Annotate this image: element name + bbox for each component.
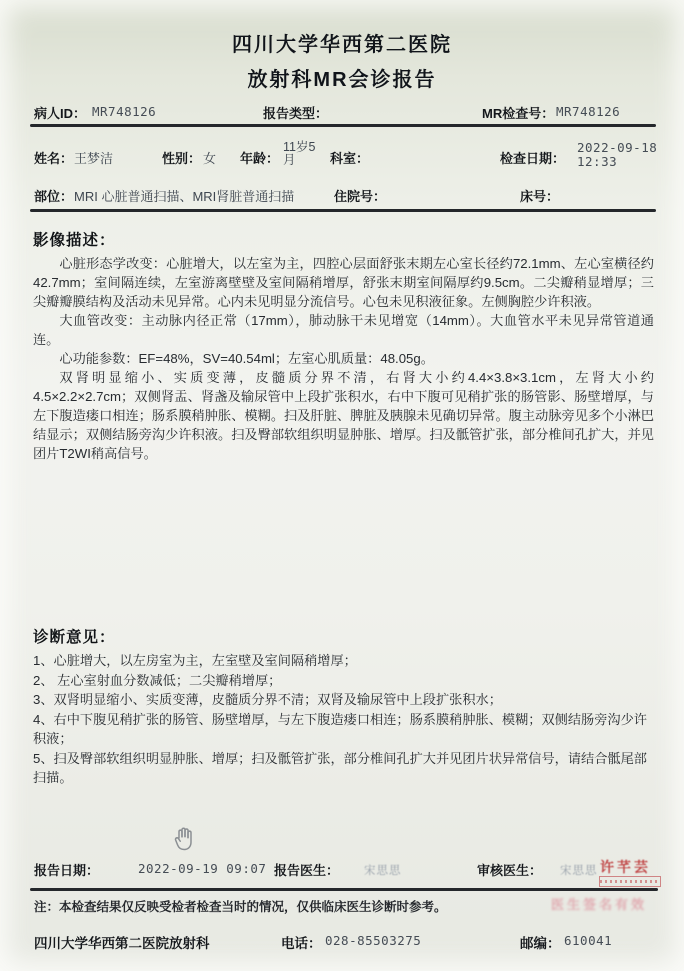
doctor-signature-stamp: 许芊芸 bbox=[600, 857, 651, 877]
report-date-label: 报告日期： bbox=[34, 860, 99, 879]
findings-paragraph: 大血管改变：主动脉内径正常（17mm），肺动脉干未见增宽（14mm）。大血管水平… bbox=[33, 311, 654, 349]
diagnosis-item: 4、右中下腹见稍扩张的肠管、肠壁增厚，与左下腹造瘘口相连；肠系膜稍肿胀、模糊；双… bbox=[33, 710, 656, 749]
findings-paragraph: 双肾明显缩小、实质变薄，皮髓质分界不清，右肾大小约4.4×3.8×3.1cm，左… bbox=[33, 368, 654, 463]
report-date-value: 2022-09-19 09:07 bbox=[138, 861, 266, 876]
signature-valid-watermark: 医生签名有效 bbox=[551, 894, 647, 913]
postcode-value: 610041 bbox=[564, 933, 612, 948]
review-doctor-name: 宋思思 bbox=[560, 862, 598, 878]
department-label: 科室： bbox=[330, 148, 369, 167]
body-part-value: MRI 心脏普通扫描、MRI肾脏普通扫描 bbox=[74, 186, 294, 205]
findings-paragraph: 心脏形态学改变：心脏增大，以左室为主，四腔心层面舒张末期左心室长径约72.1mm… bbox=[33, 254, 654, 311]
postcode-label: 邮编： bbox=[520, 932, 561, 952]
report-doctor-name: 宋思思 bbox=[364, 862, 402, 878]
name-value: 王梦洁 bbox=[74, 148, 113, 167]
age-value: 11岁5月 bbox=[283, 141, 327, 167]
findings-heading: 影像描述： bbox=[33, 228, 116, 250]
phone-label: 电话： bbox=[281, 932, 322, 952]
report-doctor-label: 报告医生： bbox=[274, 860, 339, 879]
divider-line-1 bbox=[30, 124, 656, 127]
note-text: 注：本检查结果仅反映受检者检查当时的情况，仅供临床医生诊断时参考。 bbox=[34, 897, 447, 915]
phone-value: 028-85503275 bbox=[325, 933, 421, 948]
name-label: 姓名： bbox=[34, 148, 73, 167]
age-label: 年龄： bbox=[240, 148, 279, 167]
report-type-label: 报告类型： bbox=[263, 103, 328, 122]
department-name: 四川大学华西第二医院放射科 bbox=[34, 932, 210, 952]
bed-no-label: 床号： bbox=[520, 186, 559, 205]
report-title: 放射科MR会诊报告 bbox=[0, 63, 684, 92]
diagnosis-item: 1、心脏增大，以左房室为主，左室壁及室间隔稍增厚； bbox=[33, 651, 656, 671]
exam-date-value: 2022-09-18 12:33 bbox=[577, 141, 661, 169]
gender-label: 性别： bbox=[162, 148, 201, 167]
stamp-code-box bbox=[599, 876, 661, 887]
review-doctor-label: 审核医生： bbox=[477, 860, 542, 879]
findings-paragraph: 心功能参数：EF=48%，SV=40.54ml；左室心肌质量：48.05g。 bbox=[33, 349, 654, 368]
findings-paragraphs: 心脏形态学改变：心脏增大，以左室为主，四腔心层面舒张末期左心室长径约72.1mm… bbox=[33, 254, 654, 463]
hand-cursor-icon bbox=[170, 824, 200, 854]
diagnosis-list: 1、心脏增大，以左房室为主，左室壁及室间隔稍增厚； 2、 左心室射血分数减低；二… bbox=[33, 651, 656, 788]
patient-id-label: 病人ID： bbox=[34, 103, 86, 122]
mr-exam-no-label: MR检查号： bbox=[482, 103, 554, 122]
diagnosis-heading: 诊断意见： bbox=[33, 625, 116, 647]
mr-report-page: 四川大学华西第二医院 放射科MR会诊报告 病人ID： MR748126 报告类型… bbox=[0, 0, 684, 971]
patient-id-value: MR748126 bbox=[92, 104, 156, 119]
divider-line-3 bbox=[30, 888, 658, 891]
diagnosis-item: 5、扫及臀部软组织明显肿胀、增厚；扫及骶管扩张，部分椎间孔扩大并见团片状异常信号… bbox=[33, 749, 656, 788]
mr-exam-no-value: MR748126 bbox=[556, 104, 620, 119]
hospital-title: 四川大学华西第二医院 bbox=[0, 28, 684, 57]
diagnosis-item: 3、双肾明显缩小、实质变薄，皮髓质分界不清；双肾及输尿管中上段扩张积水； bbox=[33, 690, 656, 710]
body-part-label: 部位： bbox=[34, 186, 73, 205]
gender-value: 女 bbox=[203, 148, 216, 167]
admission-no-label: 住院号： bbox=[334, 186, 386, 205]
diagnosis-item: 2、 左心室射血分数减低；二尖瓣稍增厚； bbox=[33, 671, 656, 691]
exam-date-label: 检查日期： bbox=[500, 148, 565, 167]
divider-line-2 bbox=[30, 209, 656, 212]
